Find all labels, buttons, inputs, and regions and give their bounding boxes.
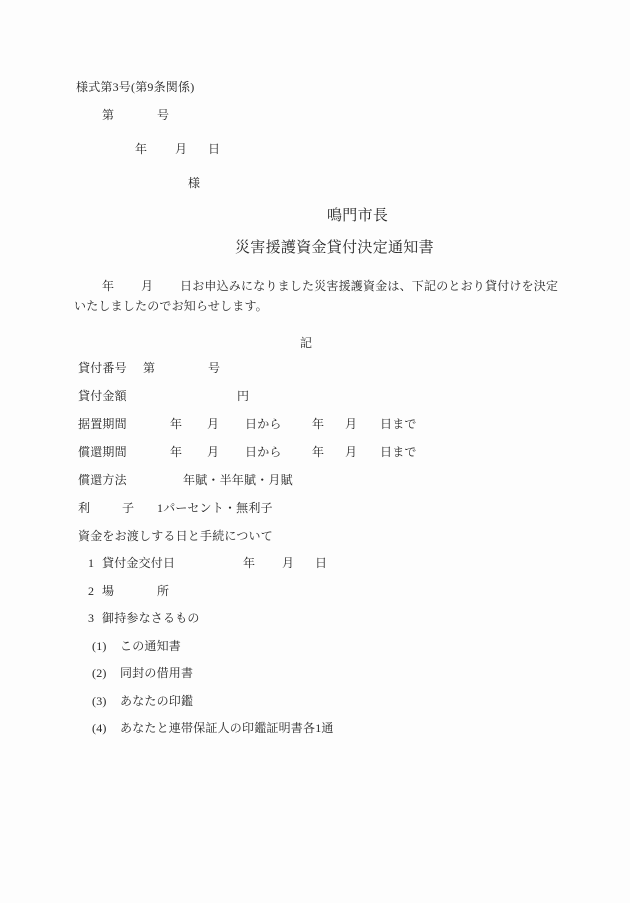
repayment-from-year-label: 年 xyxy=(170,445,182,459)
document-page: 様式第3号(第9条関係) 第 号 年 月 日 様 鳴門市長 災害援護資金貸付決定… xyxy=(0,0,630,903)
intro-text-line-2: いたしましたのでお知らせします。 xyxy=(74,299,268,313)
bring-item-text: 同封の借用書 xyxy=(120,666,193,680)
sender-title: 鳴門市長 xyxy=(327,208,388,224)
deferment-to-day-label: 日まで xyxy=(380,417,417,431)
interest-label-part-2: 子 xyxy=(122,501,134,515)
item-place: 2 場 所 xyxy=(0,584,630,601)
intro-text-line-1: 日お申込みになりました災害援護資金は、下記のとおり貸付けを決定 xyxy=(180,279,558,293)
repayment-period-label: 償還期間 xyxy=(78,445,127,459)
form-number-label: 様式第3号(第9条関係) xyxy=(76,80,194,94)
repayment-from-day-label: 日から xyxy=(245,445,282,459)
procedures-heading: 資金をお渡しする日と手続について xyxy=(78,529,273,543)
sender-line: 鳴門市長 xyxy=(0,208,630,225)
repayment-to-day-label: 日まで xyxy=(380,445,417,459)
interest-value: 1パーセント・無利子 xyxy=(157,501,273,515)
bring-item-text: あなたの印鑑 xyxy=(120,694,193,708)
item-2-label-part-2: 所 xyxy=(157,584,169,598)
bring-item-number: (2) xyxy=(92,666,107,680)
interest-label-part-1: 利 xyxy=(78,501,90,515)
bring-item-text: あなたと連帯保証人の印鑑証明書各1通 xyxy=(120,721,334,735)
repayment-to-year-label: 年 xyxy=(312,445,324,459)
repayment-method-row: 償還方法 年賦・半年賦・月賦 xyxy=(0,473,630,490)
item-1-label: 貸付金交付日 xyxy=(102,556,175,570)
repayment-to-month-label: 月 xyxy=(345,445,357,459)
issue-date-line: 年 月 日 xyxy=(0,142,630,159)
issue-date-day-label: 日 xyxy=(208,142,220,156)
item-2-label-part-1: 場 xyxy=(102,584,114,598)
form-label-line: 様式第3号(第9条関係) xyxy=(0,80,630,97)
issue-date-year-label: 年 xyxy=(135,142,147,156)
item-1-number: 1 xyxy=(88,556,94,570)
item-3-label: 御持参なさるもの xyxy=(102,611,200,625)
deferment-to-month-label: 月 xyxy=(345,417,357,431)
doc-number-unit: 号 xyxy=(157,108,169,122)
bring-item-text: この通知書 xyxy=(120,639,181,653)
bring-item-number: (3) xyxy=(92,694,107,708)
bring-item: (3) あなたの印鑑 xyxy=(0,694,630,711)
repayment-period-row: 償還期間 年 月 日から 年 月 日まで xyxy=(0,445,630,462)
bring-item: (4) あなたと連帯保証人の印鑑証明書各1通 xyxy=(0,721,630,738)
deferment-from-month-label: 月 xyxy=(207,417,219,431)
title-line: 災害援護資金貸付決定通知書 xyxy=(0,240,630,257)
intro-month-label: 月 xyxy=(141,279,153,293)
repayment-method-label: 償還方法 xyxy=(78,473,127,487)
intro-year-label: 年 xyxy=(102,279,114,293)
record-marker-line: 記 xyxy=(0,336,630,353)
item-1-year-label: 年 xyxy=(243,556,255,570)
document-title: 災害援護資金貸付決定通知書 xyxy=(235,240,434,256)
bring-item: (2) 同封の借用書 xyxy=(0,666,630,683)
loan-amount-row: 貸付金額 円 xyxy=(0,389,630,406)
loan-number-prefix: 第 xyxy=(143,361,155,375)
doc-number-line: 第 号 xyxy=(0,108,630,125)
loan-number-unit: 号 xyxy=(208,361,220,375)
bring-item: (1) この通知書 xyxy=(0,639,630,656)
bring-item-number: (1) xyxy=(92,639,107,653)
deferment-from-year-label: 年 xyxy=(170,417,182,431)
repayment-method-value: 年賦・半年賦・月賦 xyxy=(183,473,293,487)
loan-amount-unit: 円 xyxy=(237,389,249,403)
intro-paragraph-line-1: 年 月 日お申込みになりました災害援護資金は、下記のとおり貸付けを決定 xyxy=(0,279,630,296)
item-3-number: 3 xyxy=(88,611,94,625)
loan-number-label: 貸付番号 xyxy=(78,361,127,375)
interest-row: 利 子 1パーセント・無利子 xyxy=(0,501,630,518)
item-1-month-label: 月 xyxy=(282,556,294,570)
loan-amount-label: 貸付金額 xyxy=(78,389,127,403)
addressee-honorific: 様 xyxy=(188,176,200,190)
addressee-line: 様 xyxy=(0,176,630,193)
loan-number-row: 貸付番号 第 号 xyxy=(0,361,630,378)
deferment-from-day-label: 日から xyxy=(245,417,282,431)
bring-item-number: (4) xyxy=(92,721,107,735)
item-2-number: 2 xyxy=(88,584,94,598)
deferment-period-row: 据置期間 年 月 日から 年 月 日まで xyxy=(0,417,630,434)
doc-number-prefix: 第 xyxy=(102,108,114,122)
item-things-to-bring: 3 御持参なさるもの xyxy=(0,611,630,628)
item-1-day-label: 日 xyxy=(315,556,327,570)
intro-paragraph-line-2: いたしましたのでお知らせします。 xyxy=(0,299,630,316)
item-loan-disbursement-date: 1 貸付金交付日 年 月 日 xyxy=(0,556,630,573)
deferment-period-label: 据置期間 xyxy=(78,417,127,431)
record-marker: 記 xyxy=(300,336,312,350)
repayment-from-month-label: 月 xyxy=(207,445,219,459)
procedures-heading-line: 資金をお渡しする日と手続について xyxy=(0,529,630,546)
deferment-to-year-label: 年 xyxy=(312,417,324,431)
issue-date-month-label: 月 xyxy=(175,142,187,156)
